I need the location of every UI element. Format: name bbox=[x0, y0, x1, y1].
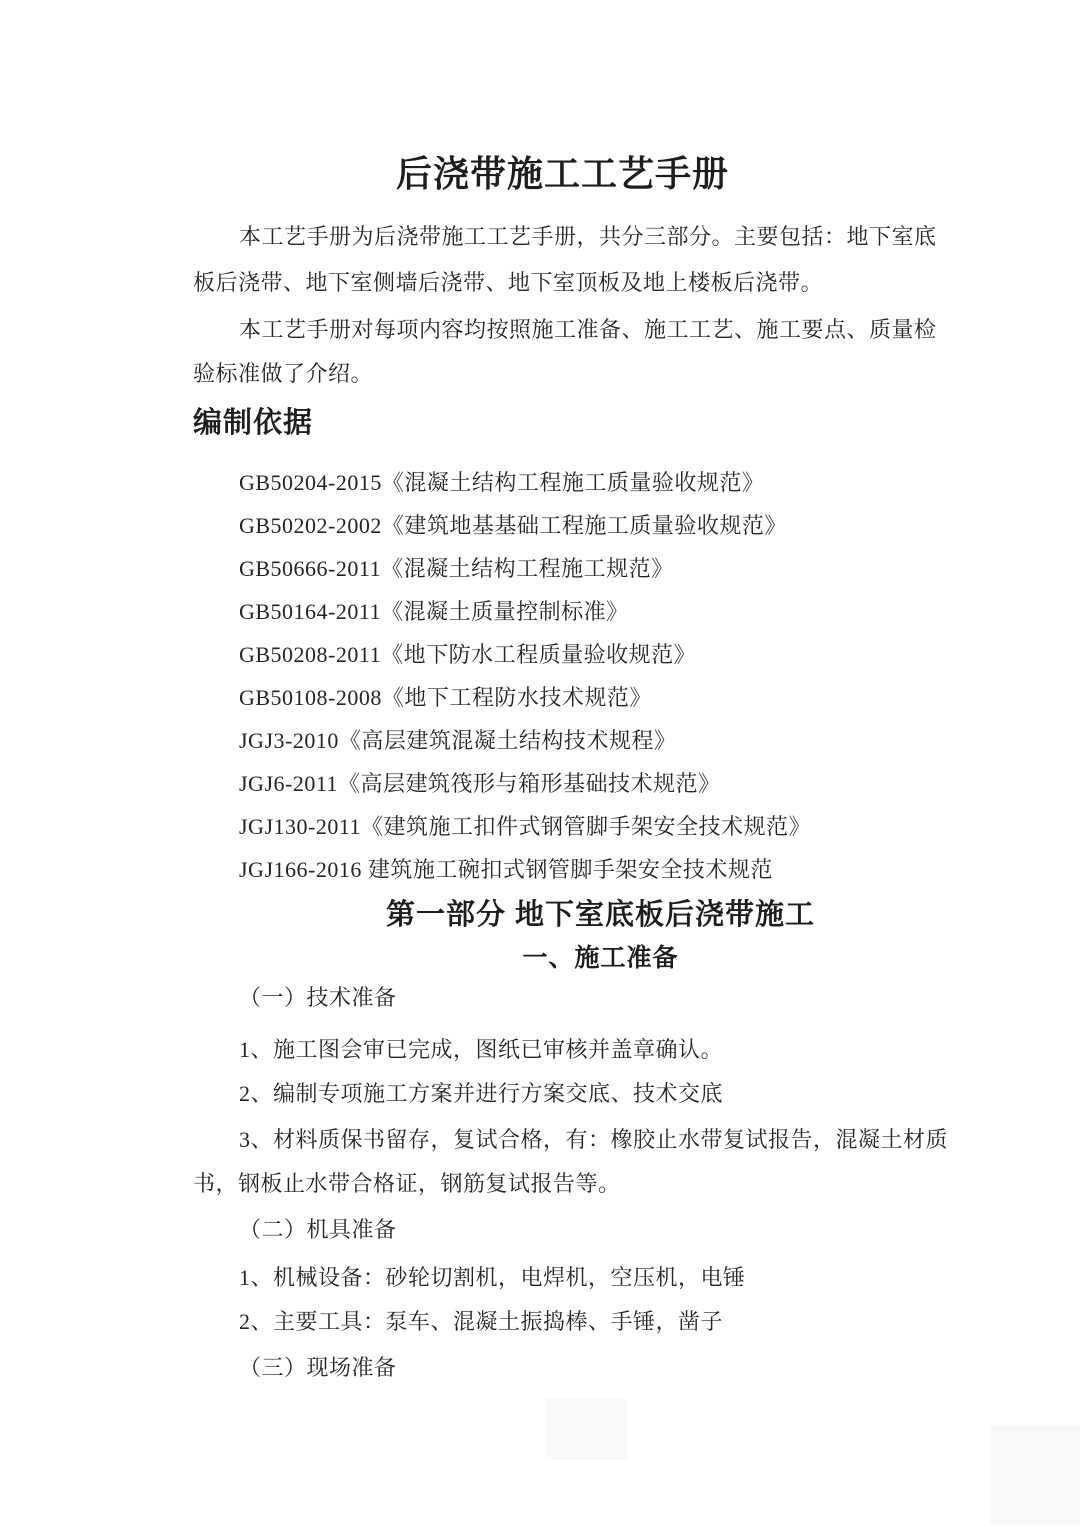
equipment-list-item: 2、主要工具：泵车、混凝土振捣棒、手锤，凿子 bbox=[193, 1307, 978, 1337]
tech-list-item: 1、施工图会审已完成，图纸已审核并盖章确认。 bbox=[193, 1035, 978, 1065]
subsection-heading-tech: （一）技术准备 bbox=[193, 983, 978, 1013]
reference-item: JGJ3-2010《高层建筑混凝土结构技术规程》 bbox=[193, 726, 978, 756]
subsection-heading-site: （三）现场准备 bbox=[193, 1353, 978, 1383]
document-title: 后浇带施工工艺手册 bbox=[193, 148, 932, 200]
reference-item: GB50164-2011《混凝土质量控制标准》 bbox=[193, 597, 978, 627]
intro-paragraph1-line2: 板后浇带、地下室侧墙后浇带、地下室顶板及地上楼板后浇带。 bbox=[193, 268, 932, 298]
tech-list-item: 2、编制专项施工方案并进行方案交底、技术交底 bbox=[193, 1079, 978, 1109]
intro-paragraph2-line1: 本工艺手册对每项内容均按照施工准备、施工工艺、施工要点、质量检 bbox=[193, 315, 978, 345]
equipment-list-item: 1、机械设备：砂轮切割机，电焊机，空压机，电锤 bbox=[193, 1263, 978, 1293]
tech-list-item-line1: 3、材料质保书留存，复试合格，有：橡胶止水带复试报告，混凝土材质 bbox=[193, 1125, 978, 1155]
scan-artifact bbox=[545, 1398, 627, 1460]
basis-section-heading: 编制依据 bbox=[193, 402, 932, 444]
part1-section1-heading: 一、施工准备 bbox=[231, 940, 970, 976]
reference-item: GB50666-2011《混凝土结构工程施工规范》 bbox=[193, 554, 978, 584]
document-page: 后浇带施工工艺手册 本工艺手册为后浇带施工工艺手册，共分三部分。主要包括：地下室… bbox=[0, 0, 1080, 1527]
reference-item: GB50202-2002《建筑地基基础工程施工质量验收规范》 bbox=[193, 511, 978, 541]
reference-item: GB50208-2011《地下防水工程质量验收规范》 bbox=[193, 640, 978, 670]
reference-item: JGJ166-2016 建筑施工碗扣式钢管脚手架安全技术规范 bbox=[193, 855, 978, 885]
intro-paragraph2-line2: 验标准做了介绍。 bbox=[193, 359, 932, 389]
scan-artifact bbox=[990, 1425, 1080, 1525]
reference-item: GB50204-2015《混凝土结构工程施工质量验收规范》 bbox=[193, 468, 978, 498]
reference-item: GB50108-2008《地下工程防水技术规范》 bbox=[193, 683, 978, 713]
reference-item: JGJ130-2011《建筑施工扣件式钢管脚手架安全技术规范》 bbox=[193, 812, 978, 842]
tech-list-item-line2: 书，钢板止水带合格证，钢筋复试报告等。 bbox=[193, 1169, 932, 1199]
intro-paragraph1-line1: 本工艺手册为后浇带施工工艺手册，共分三部分。主要包括：地下室底 bbox=[193, 222, 978, 252]
part1-heading: 第一部分 地下室底板后浇带施工 bbox=[231, 894, 970, 936]
reference-item: JGJ6-2011《高层建筑筏形与箱形基础技术规范》 bbox=[193, 769, 978, 799]
subsection-heading-equipment: （二）机具准备 bbox=[193, 1215, 978, 1245]
